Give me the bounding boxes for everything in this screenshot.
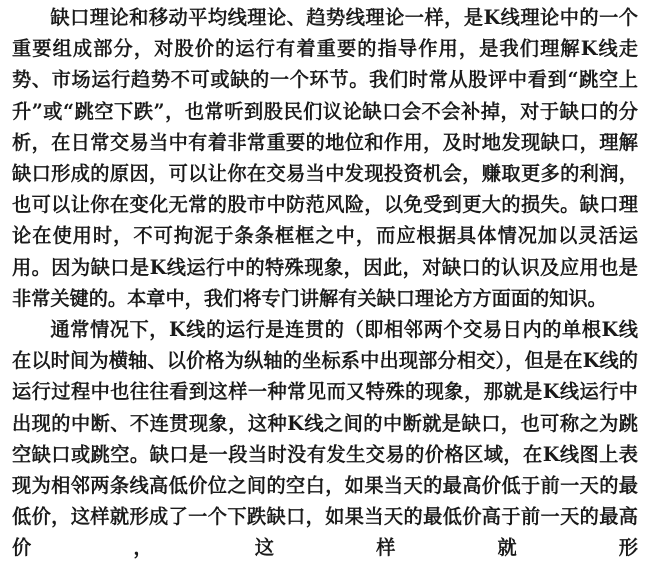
paragraph-gap-definition: 通常情况下，K线的运行是连贯的（即相邻两个交易日内的单根K线在以时间为横轴、以价… (12, 314, 638, 564)
paragraph-gap-theory-intro: 缺口理论和移动平均线理论、趋势线理论一样，是K线理论中的一个重要组成部分，对股价… (12, 2, 638, 314)
document-page: 缺口理论和移动平均线理论、趋势线理论一样，是K线理论中的一个重要组成部分，对股价… (12, 2, 638, 564)
